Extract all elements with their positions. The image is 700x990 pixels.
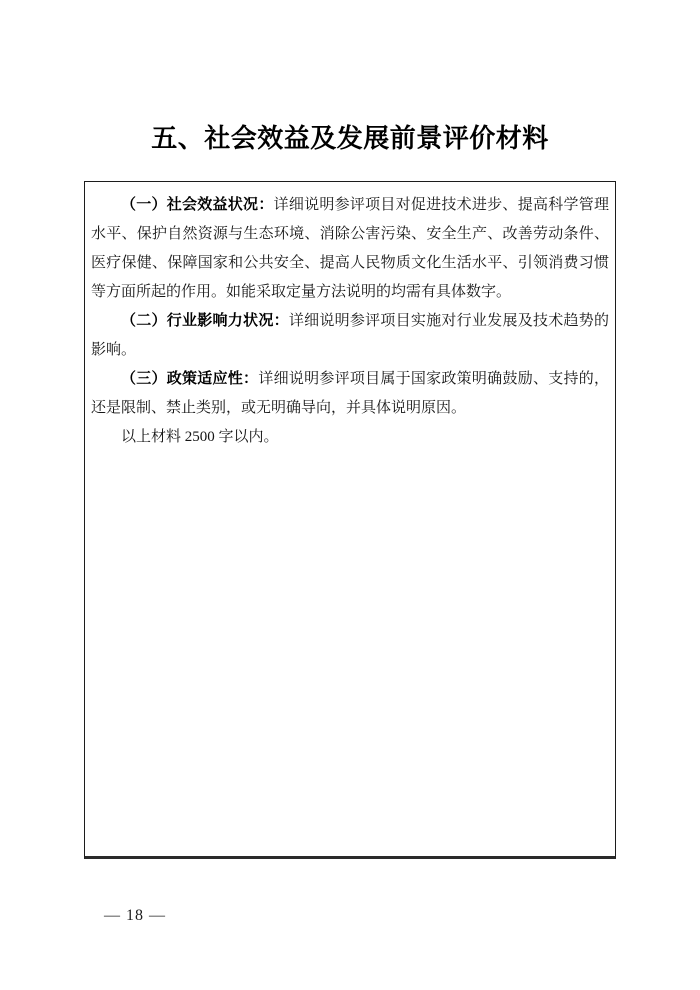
paragraph-social-benefit-label: （一）社会效益状况： xyxy=(121,197,274,213)
paragraph-policy-suitability-label: （三）政策适应性： xyxy=(121,371,258,387)
paragraph-word-limit: 以上材料 2500 字以内。 xyxy=(91,423,609,452)
paragraph-word-limit-text: 以上材料 2500 字以内。 xyxy=(121,429,279,445)
content-box: （一）社会效益状况：详细说明参评项目对促进技术进步、提高科学管理水平、保护自然资… xyxy=(84,181,616,859)
document-page: 五、社会效益及发展前景评价材料 （一）社会效益状况：详细说明参评项目对促进技术进… xyxy=(0,0,700,990)
paragraph-industry-influence: （二）行业影响力状况：详细说明参评项目实施对行业发展及技术趋势的影响。 xyxy=(91,307,609,365)
paragraph-social-benefit: （一）社会效益状况：详细说明参评项目对促进技术进步、提高科学管理水平、保护自然资… xyxy=(91,191,609,307)
paragraph-policy-suitability: （三）政策适应性：详细说明参评项目属于国家政策明确鼓励、支持的，还是限制、禁止类… xyxy=(91,365,609,423)
page-number: — 18 — xyxy=(104,906,166,926)
page-title: 五、社会效益及发展前景评价材料 xyxy=(0,121,700,155)
paragraph-industry-influence-label: （二）行业影响力状况： xyxy=(121,313,289,329)
